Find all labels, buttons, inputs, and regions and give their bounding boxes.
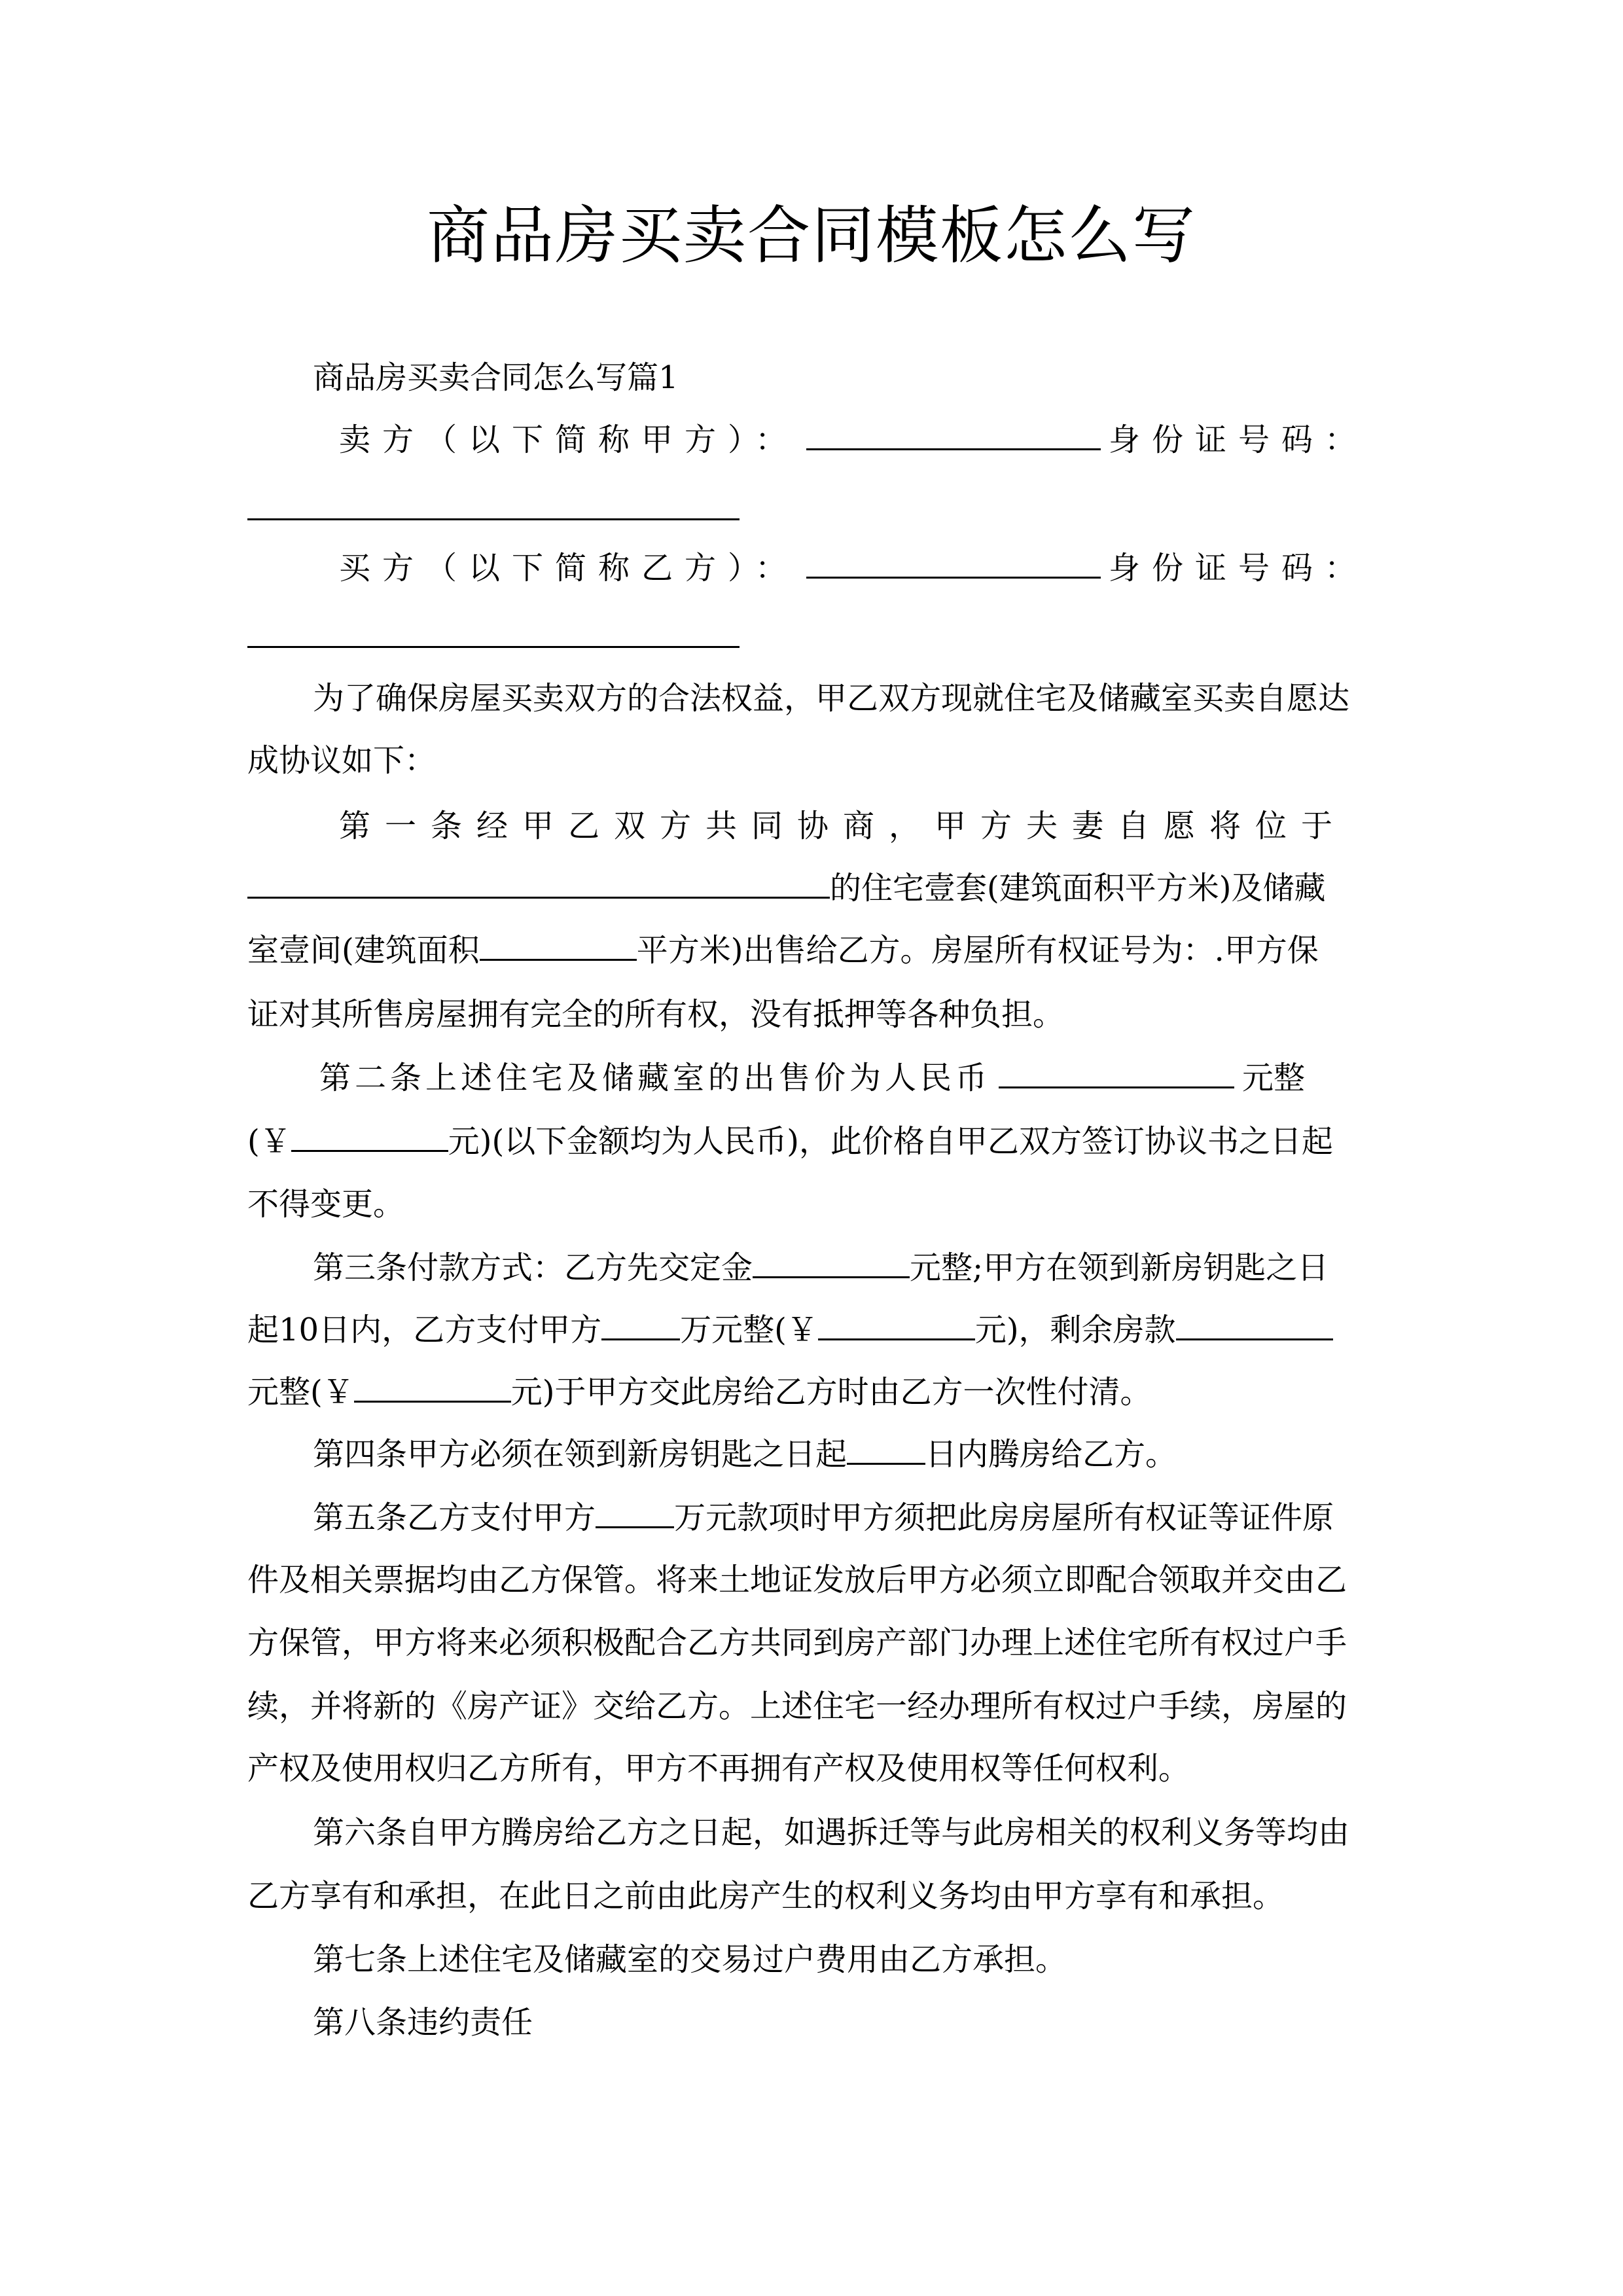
article-5-line-3: 方保管，甲方将来必须积极配合乙方共同到房产部门办理上述住宅所有权过户手: [247, 1622, 1380, 1664]
article-1-text: 平方米)出售给乙方。房屋所有权证号为：.甲方保: [637, 932, 1319, 969]
article-2-text: 第二条上述住宅及储藏室的出售价为人民币: [319, 1060, 991, 1096]
article-2-line-3: 不得变更。: [247, 1183, 1380, 1225]
seller-label: 卖方（以下简称甲方）：: [339, 422, 798, 458]
article-4-text: 第四条甲方必须在领到新房钥匙之日起: [313, 1436, 847, 1473]
intro-line-1: 为了确保房屋买卖双方的合法权益，甲乙双方现就住宅及储藏室买卖自愿达: [313, 677, 1445, 719]
article-6-line-1: 第六条自甲方腾房给乙方之日起，如遇拆迁等与此房相关的权利义务等均由: [313, 1812, 1445, 1854]
price-words-blank[interactable]: [999, 1058, 1234, 1088]
document-page: 商品房买卖合同模板怎么写 商品房买卖合同怎么写篇1 卖方（以下简称甲方）：身份证…: [0, 0, 1623, 2296]
section-heading: 商品房买卖合同怎么写篇1: [313, 357, 1445, 399]
balance-blank[interactable]: [1176, 1310, 1333, 1340]
article-3-text: 元)于甲方交此房给乙方时由乙方一次性付清。: [511, 1374, 1152, 1410]
article-5-line-2: 件及相关票据均由乙方保管。将来土地证发放后甲方必须立即配合领取并交由乙: [247, 1559, 1380, 1601]
article-2-text: 元整: [1242, 1060, 1305, 1096]
article-5-line-4: 续，并将新的《房产证》交给乙方。上述住宅一经办理所有权过户手续，房屋的: [247, 1685, 1380, 1727]
balance-number-blank[interactable]: [354, 1372, 511, 1403]
document-title: 商品房买卖合同模板怎么写: [0, 196, 1623, 275]
article-1-line-2: 的住宅壹套(建筑面积平方米)及储藏: [247, 867, 1380, 909]
price-number-blank[interactable]: [291, 1121, 448, 1152]
article-3-text: 起10日内，乙方支付甲方: [247, 1312, 601, 1348]
article-4: 第四条甲方必须在领到新房钥匙之日起日内腾房给乙方。: [313, 1433, 1445, 1475]
payment-wan-blank[interactable]: [601, 1310, 680, 1340]
article-2-text: 元)(以下金额均为人民币)，此价格自甲乙双方签订协议书之日起: [448, 1123, 1333, 1160]
seller-name-blank[interactable]: [806, 420, 1101, 450]
article-2-text: (￥: [247, 1123, 291, 1160]
storage-area-blank[interactable]: [480, 930, 637, 961]
article-3-line-3: 元整(￥元)于甲方交此房给乙方时由乙方一次性付清。: [247, 1371, 1380, 1413]
article-7: 第七条上述住宅及储藏室的交易过户费用由乙方承担。: [313, 1939, 1445, 1981]
article-3-text: 万元整(￥: [680, 1312, 818, 1348]
buyer-id-blank[interactable]: [247, 646, 740, 648]
payment-wan-blank-2[interactable]: [596, 1498, 674, 1528]
buyer-line: 买方（以下简称乙方）：身份证号码：: [339, 547, 1380, 589]
buyer-id-label: 身份证号码：: [1109, 550, 1368, 586]
article-1-text: 的住宅壹套(建筑面积平方米)及储藏: [830, 870, 1325, 906]
buyer-name-blank[interactable]: [806, 548, 1101, 579]
article-6-line-2: 乙方享有和承担，在此日之前由此房产生的权利义务均由甲方享有和承担。: [247, 1875, 1380, 1917]
seller-id-blank[interactable]: [247, 518, 740, 520]
article-1-line-1: 第一条经甲乙双方共同协商，甲方夫妻自愿将位于: [339, 805, 1380, 847]
article-2-line-2: (￥元)(以下金额均为人民币)，此价格自甲乙双方签订协议书之日起: [247, 1121, 1380, 1162]
deposit-blank[interactable]: [753, 1247, 910, 1278]
article-2-line-1: 第二条上述住宅及储藏室的出售价为人民币元整: [319, 1057, 1380, 1099]
property-location-blank[interactable]: [247, 868, 830, 899]
article-5-line-5: 产权及使用权归乙方所有，甲方不再拥有产权及使用权等任何权利。: [247, 1748, 1380, 1789]
vacate-days-blank[interactable]: [847, 1434, 925, 1465]
seller-line: 卖方（以下简称甲方）：身份证号码：: [339, 419, 1380, 461]
article-8-heading: 第八条违约责任: [313, 2001, 1445, 2043]
seller-id-label: 身份证号码：: [1109, 422, 1368, 458]
article-3-text: 元整;甲方在领到新房钥匙之日: [910, 1249, 1329, 1286]
article-5-line-1: 第五条乙方支付甲方万元款项时甲方须把此房房屋所有权证等证件原: [313, 1497, 1445, 1539]
article-1-line-3: 室壹间(建筑面积平方米)出售给乙方。房屋所有权证号为：.甲方保: [247, 929, 1380, 971]
payment-number-blank[interactable]: [818, 1310, 975, 1340]
article-3-text: 元整(￥: [247, 1374, 354, 1410]
intro-line-2: 成协议如下：: [247, 740, 1380, 781]
article-3-line-1: 第三条付款方式：乙方先交定金元整;甲方在领到新房钥匙之日: [313, 1247, 1445, 1289]
article-3-text: 第三条付款方式：乙方先交定金: [313, 1249, 753, 1286]
article-1-line-4: 证对其所售房屋拥有完全的所有权，没有抵押等各种负担。: [247, 994, 1380, 1035]
article-5-text: 第五条乙方支付甲方: [313, 1499, 596, 1536]
article-5-text: 万元款项时甲方须把此房房屋所有权证等证件原: [674, 1499, 1334, 1536]
article-1-text: 室壹间(建筑面积: [247, 932, 480, 969]
article-4-text: 日内腾房给乙方。: [925, 1436, 1177, 1473]
article-3-line-2: 起10日内，乙方支付甲方万元整(￥元)，剩余房款: [247, 1309, 1380, 1351]
article-3-text: 元)，剩余房款: [975, 1312, 1176, 1348]
buyer-label: 买方（以下简称乙方）：: [339, 550, 798, 586]
